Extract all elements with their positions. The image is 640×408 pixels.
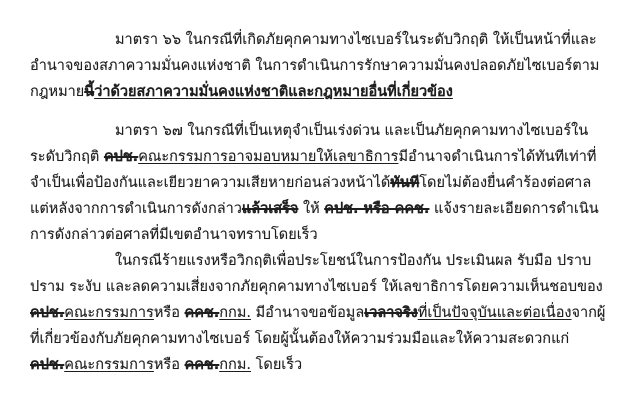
document-body: มาตรา ๖๖ ในกรณีที่เกิดภัยคุกคามทางไซเบอร… bbox=[30, 27, 612, 378]
inserted-text: คณะกรรมการ bbox=[64, 357, 154, 373]
inserted-text: ที่เป็นปัจจุบันและต่อเนื่อง bbox=[418, 305, 572, 321]
deleted-text: คคช. bbox=[185, 305, 220, 321]
deleted-text: นี้ bbox=[84, 84, 94, 100]
section-67-paragraph-1: มาตรา ๖๗ ในกรณีที่เป็นเหตุจำเป็นเร่งด่วน… bbox=[30, 118, 612, 248]
text-run: โดยเร็ว bbox=[251, 357, 302, 373]
inserted-text: กกม. bbox=[219, 305, 251, 321]
deleted-text: ทันที bbox=[390, 175, 419, 191]
document-page: มาตรา ๖๖ ในกรณีที่เกิดภัยคุกคามทางไซเบอร… bbox=[0, 0, 640, 408]
deleted-text: คคช. bbox=[185, 357, 220, 373]
text-run: หรือ bbox=[154, 357, 185, 373]
inserted-text: กกม. bbox=[219, 357, 251, 373]
deleted-text: แล้วเสร็จ bbox=[242, 201, 298, 217]
text-run: มีอำนาจขอข้อมูล bbox=[251, 305, 364, 321]
text-run: หรือ bbox=[154, 305, 185, 321]
inserted-text: ว่าด้วยสภาความมั่นคงแห่งชาติและกฎหมายอื่… bbox=[94, 84, 453, 100]
deleted-text: คปช. หรือ คคช. bbox=[324, 201, 429, 217]
section-66: มาตรา ๖๖ ในกรณีที่เกิดภัยคุกคามทางไซเบอร… bbox=[30, 27, 612, 105]
deleted-text: คปช. bbox=[30, 357, 64, 373]
inserted-text: คณะกรรมการ bbox=[64, 305, 154, 321]
inserted-text: คณะกรรมการอาจมอบหมายให้เลขาธิการ bbox=[138, 149, 398, 165]
deleted-text: เวลาจริง bbox=[364, 305, 418, 321]
section-67-paragraph-2: ในกรณีร้ายแรงหรือวิกฤติเพื่อประโยชน์ในกา… bbox=[30, 248, 612, 378]
deleted-text: คปช. bbox=[104, 149, 138, 165]
text-run: ในกรณีร้ายแรงหรือวิกฤติเพื่อประโยชน์ในกา… bbox=[30, 253, 603, 295]
deleted-text: คปช. bbox=[30, 305, 64, 321]
text-run: ให้ bbox=[298, 201, 324, 217]
